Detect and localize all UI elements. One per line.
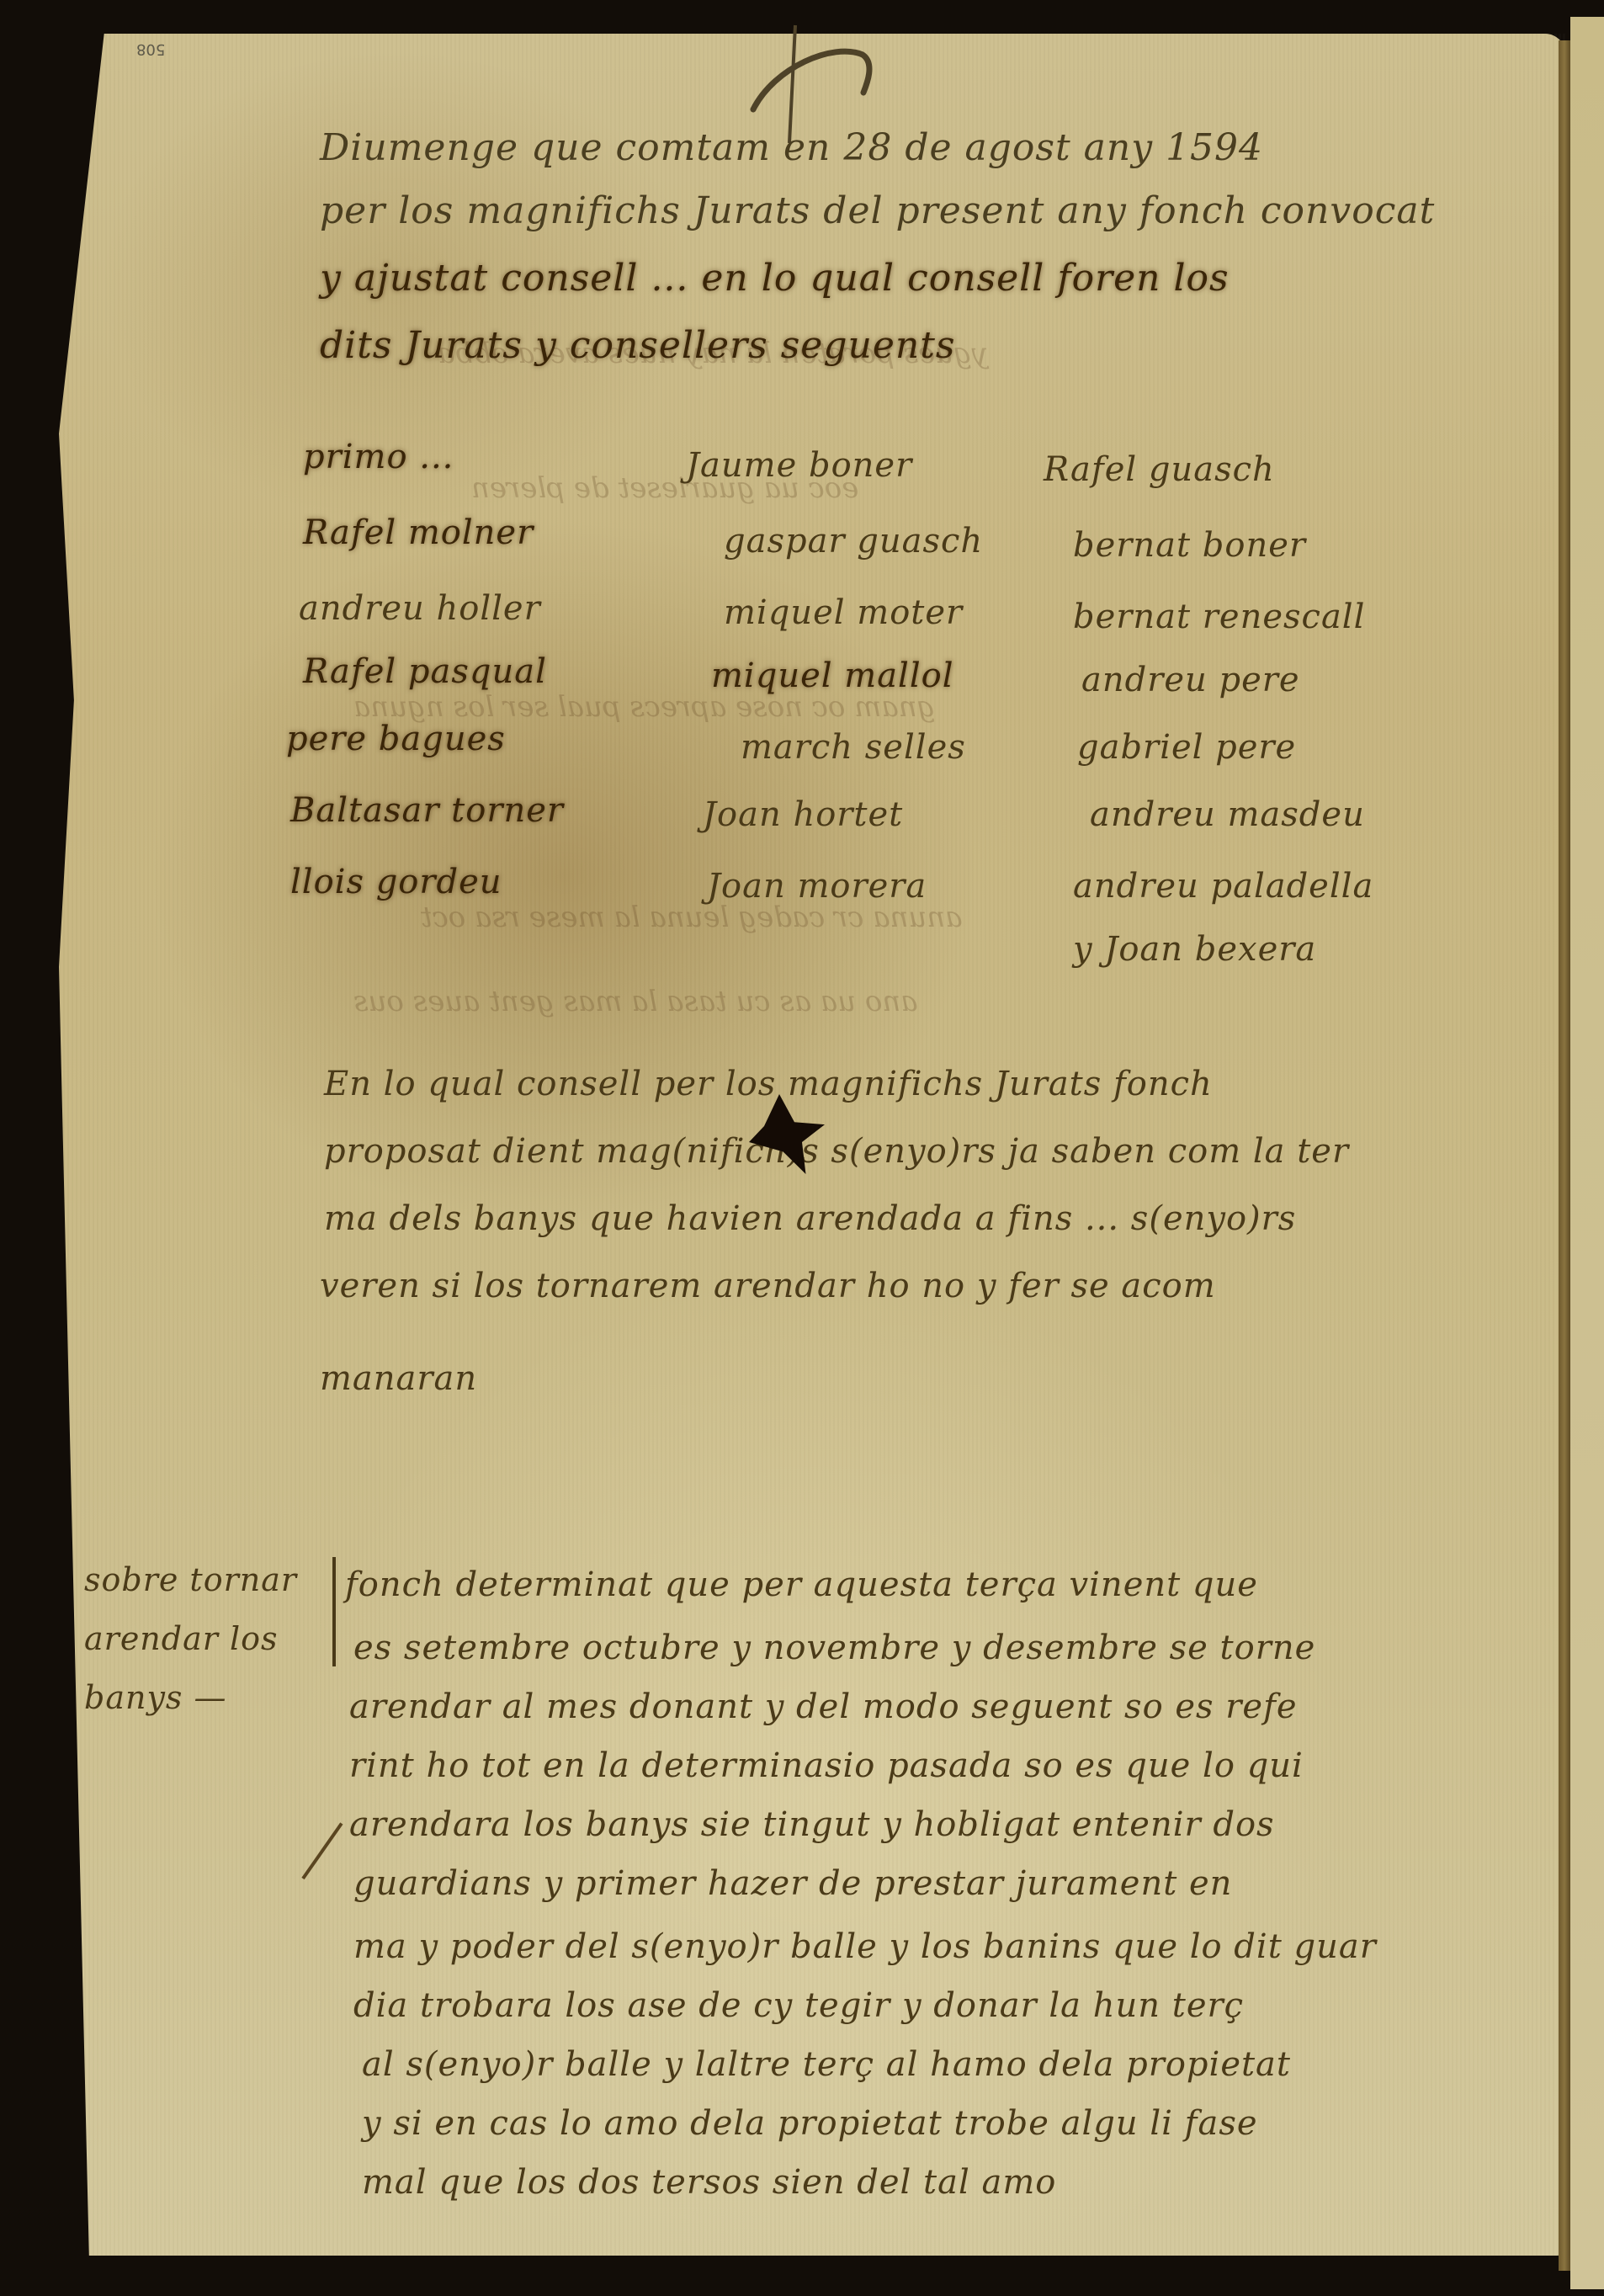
proposal-line: ma dels banys que havien arendada a fins… (324, 1199, 1296, 1238)
attendee-name: Joan morera (707, 867, 927, 906)
attendee-name: llois gordeu (290, 863, 502, 901)
attendee-name: gaspar guasch (724, 522, 983, 561)
attendee-name: Rafel pasqual (303, 652, 547, 691)
proposal-line: En lo qual consell per los magnifichs Ju… (324, 1065, 1213, 1103)
attendee-name: andreu holler (299, 589, 541, 628)
margin-note-line: arendar los (84, 1620, 279, 1657)
attendee-name: bernat boner (1073, 526, 1306, 565)
attendee-name: Rafel molner (303, 513, 534, 552)
attendee-name: gabriel pere (1077, 728, 1296, 767)
attendee-name: march selles (741, 728, 966, 767)
attendee-name: Baltasar torner (290, 791, 564, 830)
heading-line: Diumenge que comtam en 28 de agost any 1… (320, 126, 1263, 169)
proposal-line: proposat dient mag(nifich)s s(enyo)rs ja… (324, 1132, 1349, 1171)
bleed-through-text: gnam oc nose aprecs pual ser los nguna (353, 690, 935, 724)
resolution-line: arendar al mes donant y del modo seguent… (349, 1687, 1298, 1726)
attendee-name: bernat renescall (1073, 598, 1365, 636)
heading-line: per los magnifichs Jurats del present an… (320, 189, 1435, 232)
heading-line: dits Jurats y consellers seguents (320, 324, 955, 367)
attendee-name: andreu pere (1081, 661, 1300, 699)
attendee-name: pere bagues (286, 720, 506, 758)
resolution-line: ma y poder del s(enyo)r balle y los bani… (353, 1927, 1377, 1966)
proposal-line: veren si los tornarem arendar ho no y fe… (320, 1267, 1216, 1305)
proposal-line: manaran (320, 1359, 477, 1398)
margin-note-line: banys — (84, 1679, 227, 1716)
resolution-line: al s(enyo)r balle y laltre terç al hamo … (362, 2045, 1291, 2084)
resolution-line: fonch determinat que per aquesta terça v… (345, 1565, 1258, 1604)
heading-line: y ajustat consell ... en lo qual consell… (320, 257, 1230, 300)
attendee-name: andreu masdeu (1090, 795, 1365, 834)
binding-gutter (1559, 40, 1570, 2271)
attendee-name: Rafel guasch (1044, 450, 1275, 489)
attendee-name: Jaume boner (686, 446, 912, 485)
attendee-name: y Joan bexera (1073, 930, 1316, 969)
resolution-line: es setembre octubre y novembre y desembr… (353, 1629, 1315, 1667)
resolution-line: mal que los dos tersos sien del tal amo (362, 2163, 1056, 2202)
adjacent-page-edge (1570, 17, 1604, 2289)
resolution-line: arendara los banys sie tingut y hobligat… (349, 1805, 1275, 1844)
attendee-name: Joan hortet (703, 795, 903, 834)
attendee-name: miquel moter (724, 593, 963, 632)
folio-number: 508 (136, 40, 165, 58)
resolution-line: rint ho tot en la determinasio pasada so… (349, 1746, 1304, 1785)
bleed-through-text: anuna cr cadeg leuna la mese rsa oct (421, 901, 962, 934)
resolution-line: guardians y primer hazer de prestar jura… (353, 1864, 1232, 1903)
resolution-line: y si en cas lo amo dela propietat trobe … (362, 2104, 1258, 2143)
attendee-name: primo ... (303, 438, 454, 476)
attendee-name: andreu paladella (1073, 867, 1373, 906)
resolution-line: dia trobara los ase de cy tegir y donar … (353, 1986, 1244, 2025)
attendee-name: miquel mallol (711, 656, 954, 695)
margin-note-line: sobre tornar (84, 1561, 297, 1598)
bleed-through-text: ano ua as cu tasa la mas gent aues ous (353, 985, 918, 1018)
